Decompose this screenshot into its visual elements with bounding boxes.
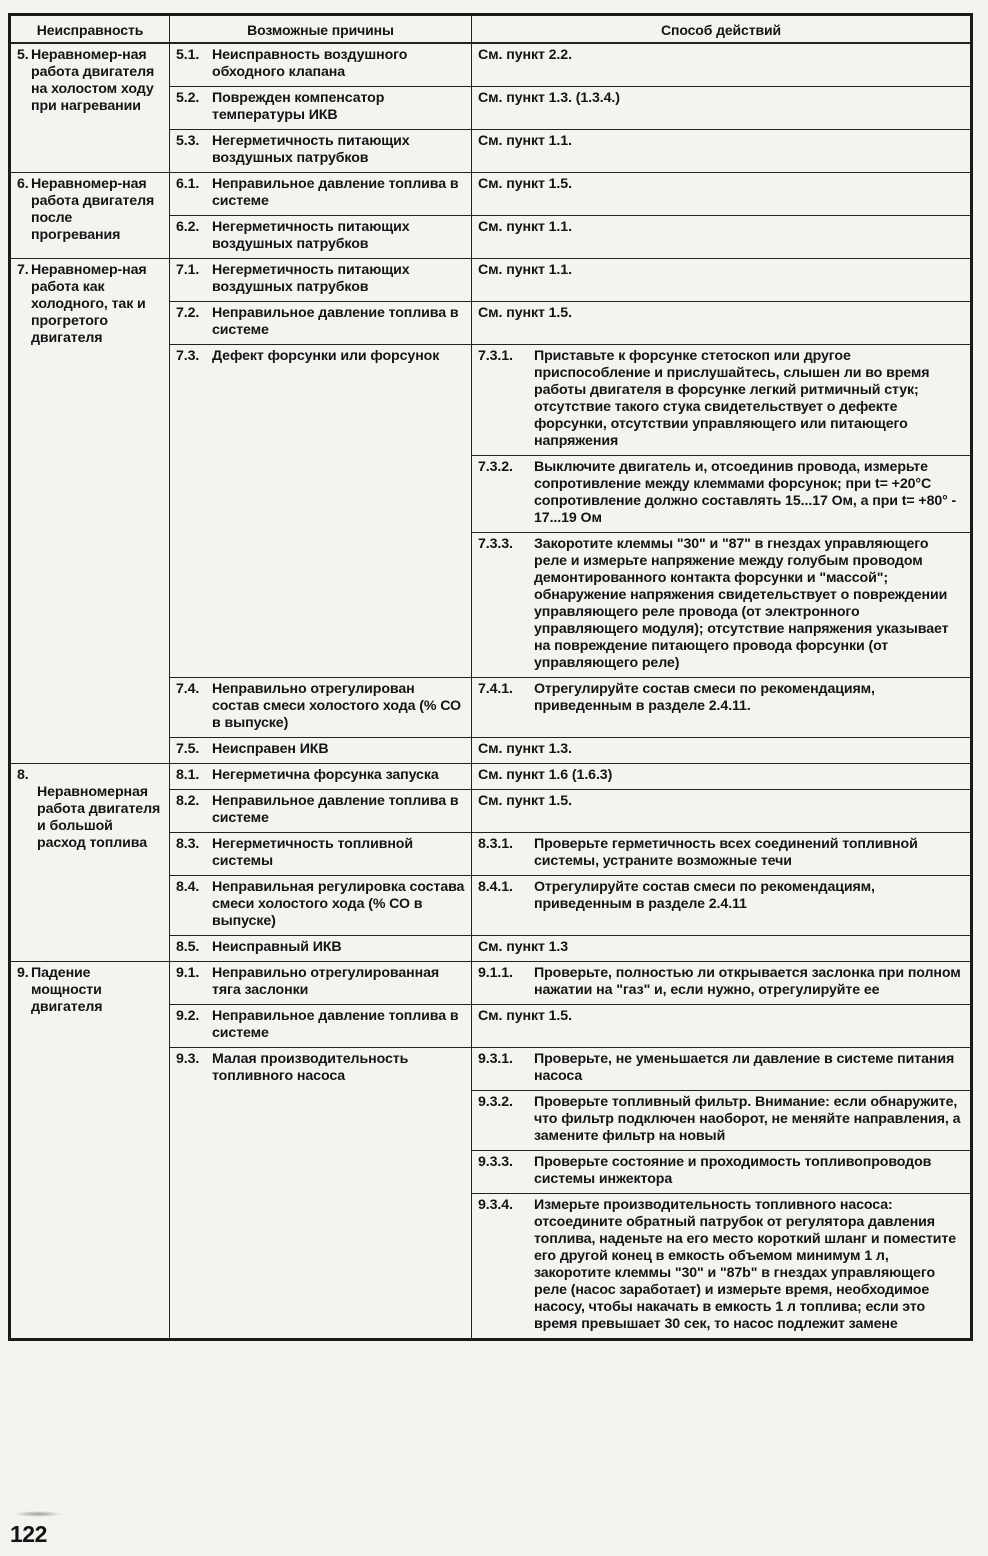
cause-number: 8.2. [176,793,212,827]
cause-number: 8.4. [176,879,212,930]
cause-entry: 8.2.Неправильное давление топлива в сист… [176,793,465,827]
cause-cell: 8.5.Неисправный ИКВ [170,936,472,962]
action-description: См. пункт 1.5. [478,176,964,193]
action-entry: 7.3.2.Выключите двигатель и, отсоединив … [478,459,964,527]
fault-description: Неравномер-ная работа как холодного, так… [31,262,163,347]
action-text: Проверьте, полностью ли открывается засл… [534,965,961,998]
cause-entry: 8.1.Негерметична форсунка запуска [176,767,465,784]
table-body: 5.Неравномер-ная работа двигателя на хол… [10,43,972,1340]
action-text: См. пункт 1.5. [478,793,572,809]
cause-cell: 8.2.Неправильное давление топлива в сист… [170,790,472,833]
page-number: 122 [10,1521,47,1548]
cause-description: Поврежден компенсатор температуры ИКВ [212,90,465,124]
cause-entry: 9.3.Малая производительность топливного … [176,1051,465,1085]
fault-number: 8. [17,767,163,784]
table-row: 7.Неравномер-ная работа как холодного, т… [10,259,972,302]
cause-cell: 8.3.Негерметичность топливной системы [170,833,472,876]
cause-description: Негерметичность питающих воздушных патру… [212,262,465,296]
action-text: Отрегулируйте состав смеси по рекомендац… [534,879,875,912]
page: Неисправность Возможные причины Способ д… [8,13,970,1341]
header-actions: Способ действий [472,15,972,44]
cause-cell: 9.1.Неправильно отрегулированная тяга за… [170,962,472,1005]
action-entry: См. пункт 1.3. [478,741,964,758]
action-number: 7.3.1. [478,348,534,450]
action-cell: См. пункт 1.1. [472,130,972,173]
cause-entry: 7.4.Неправильно отрегулирован состав сме… [176,681,465,732]
fault-cell: 6.Неравномер-ная работа двигателя после … [10,173,170,259]
action-description: Измерьте производительность топливного н… [534,1197,964,1333]
action-description: См. пункт 1.5. [478,1008,964,1025]
cause-cell: 7.3.Дефект форсунки или форсунок [170,345,472,678]
action-cell: См. пункт 1.3 [472,936,972,962]
action-entry: 9.3.3.Проверьте состояние и проходимость… [478,1154,964,1188]
action-description: Отрегулируйте состав смеси по рекомендац… [534,681,964,715]
action-description: Закоротите клеммы "30" и "87" в гнездах … [534,536,964,672]
action-number: 9.3.3. [478,1154,534,1188]
cause-description: Негерметичность питающих воздушных патру… [212,219,465,253]
action-text: См. пункт 1.1. [478,262,572,278]
cause-cell: 8.1.Негерметична форсунка запуска [170,764,472,790]
action-cell: См. пункт 1.1. [472,259,972,302]
cause-entry: 7.2.Неправильное давление топлива в сист… [176,305,465,339]
action-entry: 7.3.1.Приставьте к форсунке стетоскоп ил… [478,348,964,450]
action-text: См. пункт 1.3 [478,939,568,955]
cause-description: Неисправный ИКВ [212,939,465,956]
action-entry: 9.3.2.Проверьте топливный фильтр. Вниман… [478,1094,964,1145]
action-description: См. пункт 1.1. [478,219,964,236]
action-cell: 9.3.1.Проверьте, не уменьшается ли давле… [472,1048,972,1091]
cause-number: 5.2. [176,90,212,124]
cause-entry: 5.3.Негерметичность питающих воздушных п… [176,133,465,167]
cause-description: Негерметичность топливной системы [212,836,465,870]
action-text-lead: Проверьте топливный фильтр. [534,1094,755,1110]
cause-description: Дефект форсунки или форсунок [212,348,465,365]
action-text: См. пункт 1.6 (1.6.3) [478,767,612,783]
action-number: 9.3.1. [478,1051,534,1085]
action-text: См. пункт 1.1. [478,133,572,149]
cause-cell: 9.3.Малая производительность топливного … [170,1048,472,1340]
action-description: Проверьте топливный фильтр. Внимание: ес… [534,1094,964,1145]
cause-entry: 7.1.Негерметичность питающих воздушных п… [176,262,465,296]
action-cell: 7.3.1.Приставьте к форсунке стетоскоп ил… [472,345,972,456]
action-cell: См. пункт 1.3. [472,738,972,764]
cause-entry: 7.3.Дефект форсунки или форсунок [176,348,465,365]
action-text: Проверьте герметичность всех соединений … [534,836,918,869]
cause-number: 6.1. [176,176,212,210]
fault-entry: 7.Неравномер-ная работа как холодного, т… [17,262,163,347]
action-description: См. пункт 1.5. [478,305,964,322]
action-number: 7.4.1. [478,681,534,715]
action-cell: См. пункт 1.6 (1.6.3) [472,764,972,790]
cause-cell: 6.1.Неправильное давление топлива в сист… [170,173,472,216]
action-entry: См. пункт 1.5. [478,1008,964,1025]
action-number: 9.3.4. [478,1197,534,1333]
fault-entry: 5.Неравномер-ная работа двигателя на хол… [17,47,163,115]
cause-entry: 8.3.Негерметичность топливной системы [176,836,465,870]
cause-cell: 5.1.Неисправность воздушного обходного к… [170,43,472,87]
action-description: Проверьте состояние и проходимость топли… [534,1154,964,1188]
cause-entry: 5.2.Поврежден компенсатор температуры ИК… [176,90,465,124]
cause-entry: 6.1.Неправильное давление топлива в сист… [176,176,465,210]
cause-entry: 7.5.Неисправен ИКВ [176,741,465,758]
action-cell: См. пункт 1.3. (1.3.4.) [472,87,972,130]
action-text: Приставьте к форсунке стетоскоп или друг… [534,348,929,449]
fault-entry: 8.Неравномерная работа двигателя и больш… [17,767,163,852]
action-number: 8.3.1. [478,836,534,870]
cause-number: 9.2. [176,1008,212,1042]
action-description: Приставьте к форсунке стетоскоп или друг… [534,348,964,450]
cause-cell: 5.2.Поврежден компенсатор температуры ИК… [170,87,472,130]
header-fault: Неисправность [10,15,170,44]
action-entry: См. пункт 1.3. (1.3.4.) [478,90,964,107]
cause-number: 7.4. [176,681,212,732]
cause-number: 7.5. [176,741,212,758]
fault-cell: 8.Неравномерная работа двигателя и больш… [10,764,170,962]
action-cell: 9.3.2.Проверьте топливный фильтр. Вниман… [472,1091,972,1151]
fault-entry: 6.Неравномер-ная работа двигателя после … [17,176,163,244]
table-row: 9.Падение мощности двигателя9.1.Неправил… [10,962,972,1005]
action-description: См. пункт 1.5. [478,793,964,810]
action-text: Закоротите клеммы "30" и "87" в гнездах … [534,536,948,671]
cause-cell: 7.1.Негерметичность питающих воздушных п… [170,259,472,302]
cause-entry: 9.2.Неправильное давление топлива в сист… [176,1008,465,1042]
action-number: 9.1.1. [478,965,534,999]
cause-cell: 8.4.Неправильная регулировка состава сме… [170,876,472,936]
cause-number: 7.1. [176,262,212,296]
action-description: Отрегулируйте состав смеси по рекомендац… [534,879,964,913]
action-description: Выключите двигатель и, отсоединив провод… [534,459,964,527]
cause-entry: 8.4.Неправильная регулировка состава сме… [176,879,465,930]
action-description: См. пункт 1.3. (1.3.4.) [478,90,964,107]
action-cell: См. пункт 1.5. [472,790,972,833]
fault-description: Неравномер-ная работа двигателя после пр… [31,176,163,244]
action-cell: См. пункт 1.5. [472,173,972,216]
action-entry: См. пункт 1.5. [478,176,964,193]
action-cell: 7.4.1.Отрегулируйте состав смеси по реко… [472,678,972,738]
fault-cell: 9.Падение мощности двигателя [10,962,170,1340]
action-entry: См. пункт 1.1. [478,133,964,150]
action-text: Выключите двигатель и, отсоединив провод… [534,459,956,526]
action-cell: 7.3.3.Закоротите клеммы "30" и "87" в гн… [472,533,972,678]
attention-label: Внимание [755,1094,825,1110]
action-number: 7.3.2. [478,459,534,527]
cause-cell: 7.4.Неправильно отрегулирован состав сме… [170,678,472,738]
action-text: См. пункт 1.5. [478,305,572,321]
action-text: См. пункт 1.5. [478,176,572,192]
action-text: См. пункт 1.3. [478,741,572,757]
fault-number: 7. [17,262,31,347]
action-entry: См. пункт 1.3 [478,939,964,956]
action-cell: См. пункт 1.1. [472,216,972,259]
action-entry: См. пункт 1.1. [478,262,964,279]
table-row: 5.Неравномер-ная работа двигателя на хол… [10,43,972,87]
table-row: 6.Неравномер-ная работа двигателя после … [10,173,972,216]
action-entry: 8.4.1.Отрегулируйте состав смеси по реко… [478,879,964,913]
action-entry: См. пункт 1.6 (1.6.3) [478,767,964,784]
cause-description: Неправильно отрегулированная тяга заслон… [212,965,465,999]
action-text: См. пункт 1.5. [478,1008,572,1024]
action-description: См. пункт 1.1. [478,262,964,279]
action-number: 7.3.3. [478,536,534,672]
action-description: См. пункт 1.3 [478,939,964,956]
fault-description: Падение мощности двигателя [31,965,163,1016]
cause-description: Неправильно отрегулирован состав смеси х… [212,681,465,732]
action-entry: 9.1.1.Проверьте, полностью ли открываетс… [478,965,964,999]
action-cell: См. пункт 1.5. [472,1005,972,1048]
cause-description: Негерметичность питающих воздушных патру… [212,133,465,167]
troubleshooting-table: Неисправность Возможные причины Способ д… [8,13,973,1341]
action-text: Проверьте состояние и проходимость топли… [534,1154,931,1187]
action-entry: 7.4.1.Отрегулируйте состав смеси по реко… [478,681,964,715]
cause-number: 5.3. [176,133,212,167]
action-text: См. пункт 1.3. (1.3.4.) [478,90,620,106]
table-header-row: Неисправность Возможные причины Способ д… [10,15,972,44]
cause-description: Неисправен ИКВ [212,741,465,758]
fault-entry: 9.Падение мощности двигателя [17,965,163,1016]
action-description: См. пункт 1.6 (1.6.3) [478,767,964,784]
cause-cell: 9.2.Неправильное давление топлива в сист… [170,1005,472,1048]
action-description: Проверьте, не уменьшается ли давление в … [534,1051,964,1085]
action-text: См. пункт 2.2. [478,47,572,63]
action-cell: 9.3.3.Проверьте состояние и проходимость… [472,1151,972,1194]
action-cell: 8.4.1.Отрегулируйте состав смеси по реко… [472,876,972,936]
action-text: Измерьте производительность топливного н… [534,1197,956,1332]
cause-cell: 7.2.Неправильное давление топлива в сист… [170,302,472,345]
cause-number: 8.1. [176,767,212,784]
cause-entry: 8.5.Неисправный ИКВ [176,939,465,956]
cause-description: Малая производительность топливного насо… [212,1051,465,1085]
cause-description: Негерметична форсунка запуска [212,767,465,784]
cause-cell: 5.3.Негерметичность питающих воздушных п… [170,130,472,173]
cause-number: 8.5. [176,939,212,956]
action-description: См. пункт 1.3. [478,741,964,758]
fault-number: 6. [17,176,31,244]
cause-description: Неправильное давление топлива в системе [212,793,465,827]
fault-number: 5. [17,47,31,115]
action-description: Проверьте, полностью ли открывается засл… [534,965,964,999]
cause-number: 6.2. [176,219,212,253]
action-entry: 9.3.4.Измерьте производительность топлив… [478,1197,964,1333]
action-cell: 9.1.1.Проверьте, полностью ли открываетс… [472,962,972,1005]
fault-description: Неравномер-ная работа двигателя на холос… [31,47,163,115]
action-cell: 8.3.1.Проверьте герметичность всех соеди… [472,833,972,876]
cause-description: Неправильная регулировка состава смеси х… [212,879,465,930]
action-text: Проверьте, не уменьшается ли давление в … [534,1051,954,1084]
cause-number: 7.3. [176,348,212,365]
fault-description: Неравномерная работа двигателя и большой… [17,784,163,852]
header-causes: Возможные причины [170,15,472,44]
action-text: См. пункт 1.1. [478,219,572,235]
action-text: Отрегулируйте состав смеси по рекомендац… [534,681,875,714]
cause-entry: 9.1.Неправильно отрегулированная тяга за… [176,965,465,999]
cause-number: 8.3. [176,836,212,870]
cause-number: 9.3. [176,1051,212,1085]
action-description: См. пункт 2.2. [478,47,964,64]
cause-description: Неисправность воздушного обходного клапа… [212,47,465,81]
cause-number: 9.1. [176,965,212,999]
action-cell: См. пункт 2.2. [472,43,972,87]
cause-number: 5.1. [176,47,212,81]
action-cell: 7.3.2.Выключите двигатель и, отсоединив … [472,456,972,533]
cause-entry: 6.2.Негерметичность питающих воздушных п… [176,219,465,253]
scan-smudge [14,1511,62,1517]
action-number: 8.4.1. [478,879,534,913]
cause-number: 7.2. [176,305,212,339]
action-number: 9.3.2. [478,1094,534,1145]
action-entry: См. пункт 1.5. [478,793,964,810]
cause-cell: 6.2.Негерметичность питающих воздушных п… [170,216,472,259]
cause-description: Неправильное давление топлива в системе [212,176,465,210]
action-entry: См. пункт 1.5. [478,305,964,322]
action-entry: 7.3.3.Закоротите клеммы "30" и "87" в гн… [478,536,964,672]
action-cell: 9.3.4.Измерьте производительность топлив… [472,1194,972,1340]
action-entry: 9.3.1.Проверьте, не уменьшается ли давле… [478,1051,964,1085]
table-row: 8.Неравномерная работа двигателя и больш… [10,764,972,790]
cause-description: Неправильное давление топлива в системе [212,1008,465,1042]
action-entry: См. пункт 1.1. [478,219,964,236]
action-entry: См. пункт 2.2. [478,47,964,64]
fault-cell: 7.Неравномер-ная работа как холодного, т… [10,259,170,764]
cause-cell: 7.5.Неисправен ИКВ [170,738,472,764]
fault-cell: 5.Неравномер-ная работа двигателя на хол… [10,43,170,173]
fault-number: 9. [17,965,31,1016]
cause-description: Неправильное давление топлива в системе [212,305,465,339]
cause-entry: 5.1.Неисправность воздушного обходного к… [176,47,465,81]
action-entry: 8.3.1.Проверьте герметичность всех соеди… [478,836,964,870]
action-description: См. пункт 1.1. [478,133,964,150]
action-description: Проверьте герметичность всех соединений … [534,836,964,870]
action-cell: См. пункт 1.5. [472,302,972,345]
